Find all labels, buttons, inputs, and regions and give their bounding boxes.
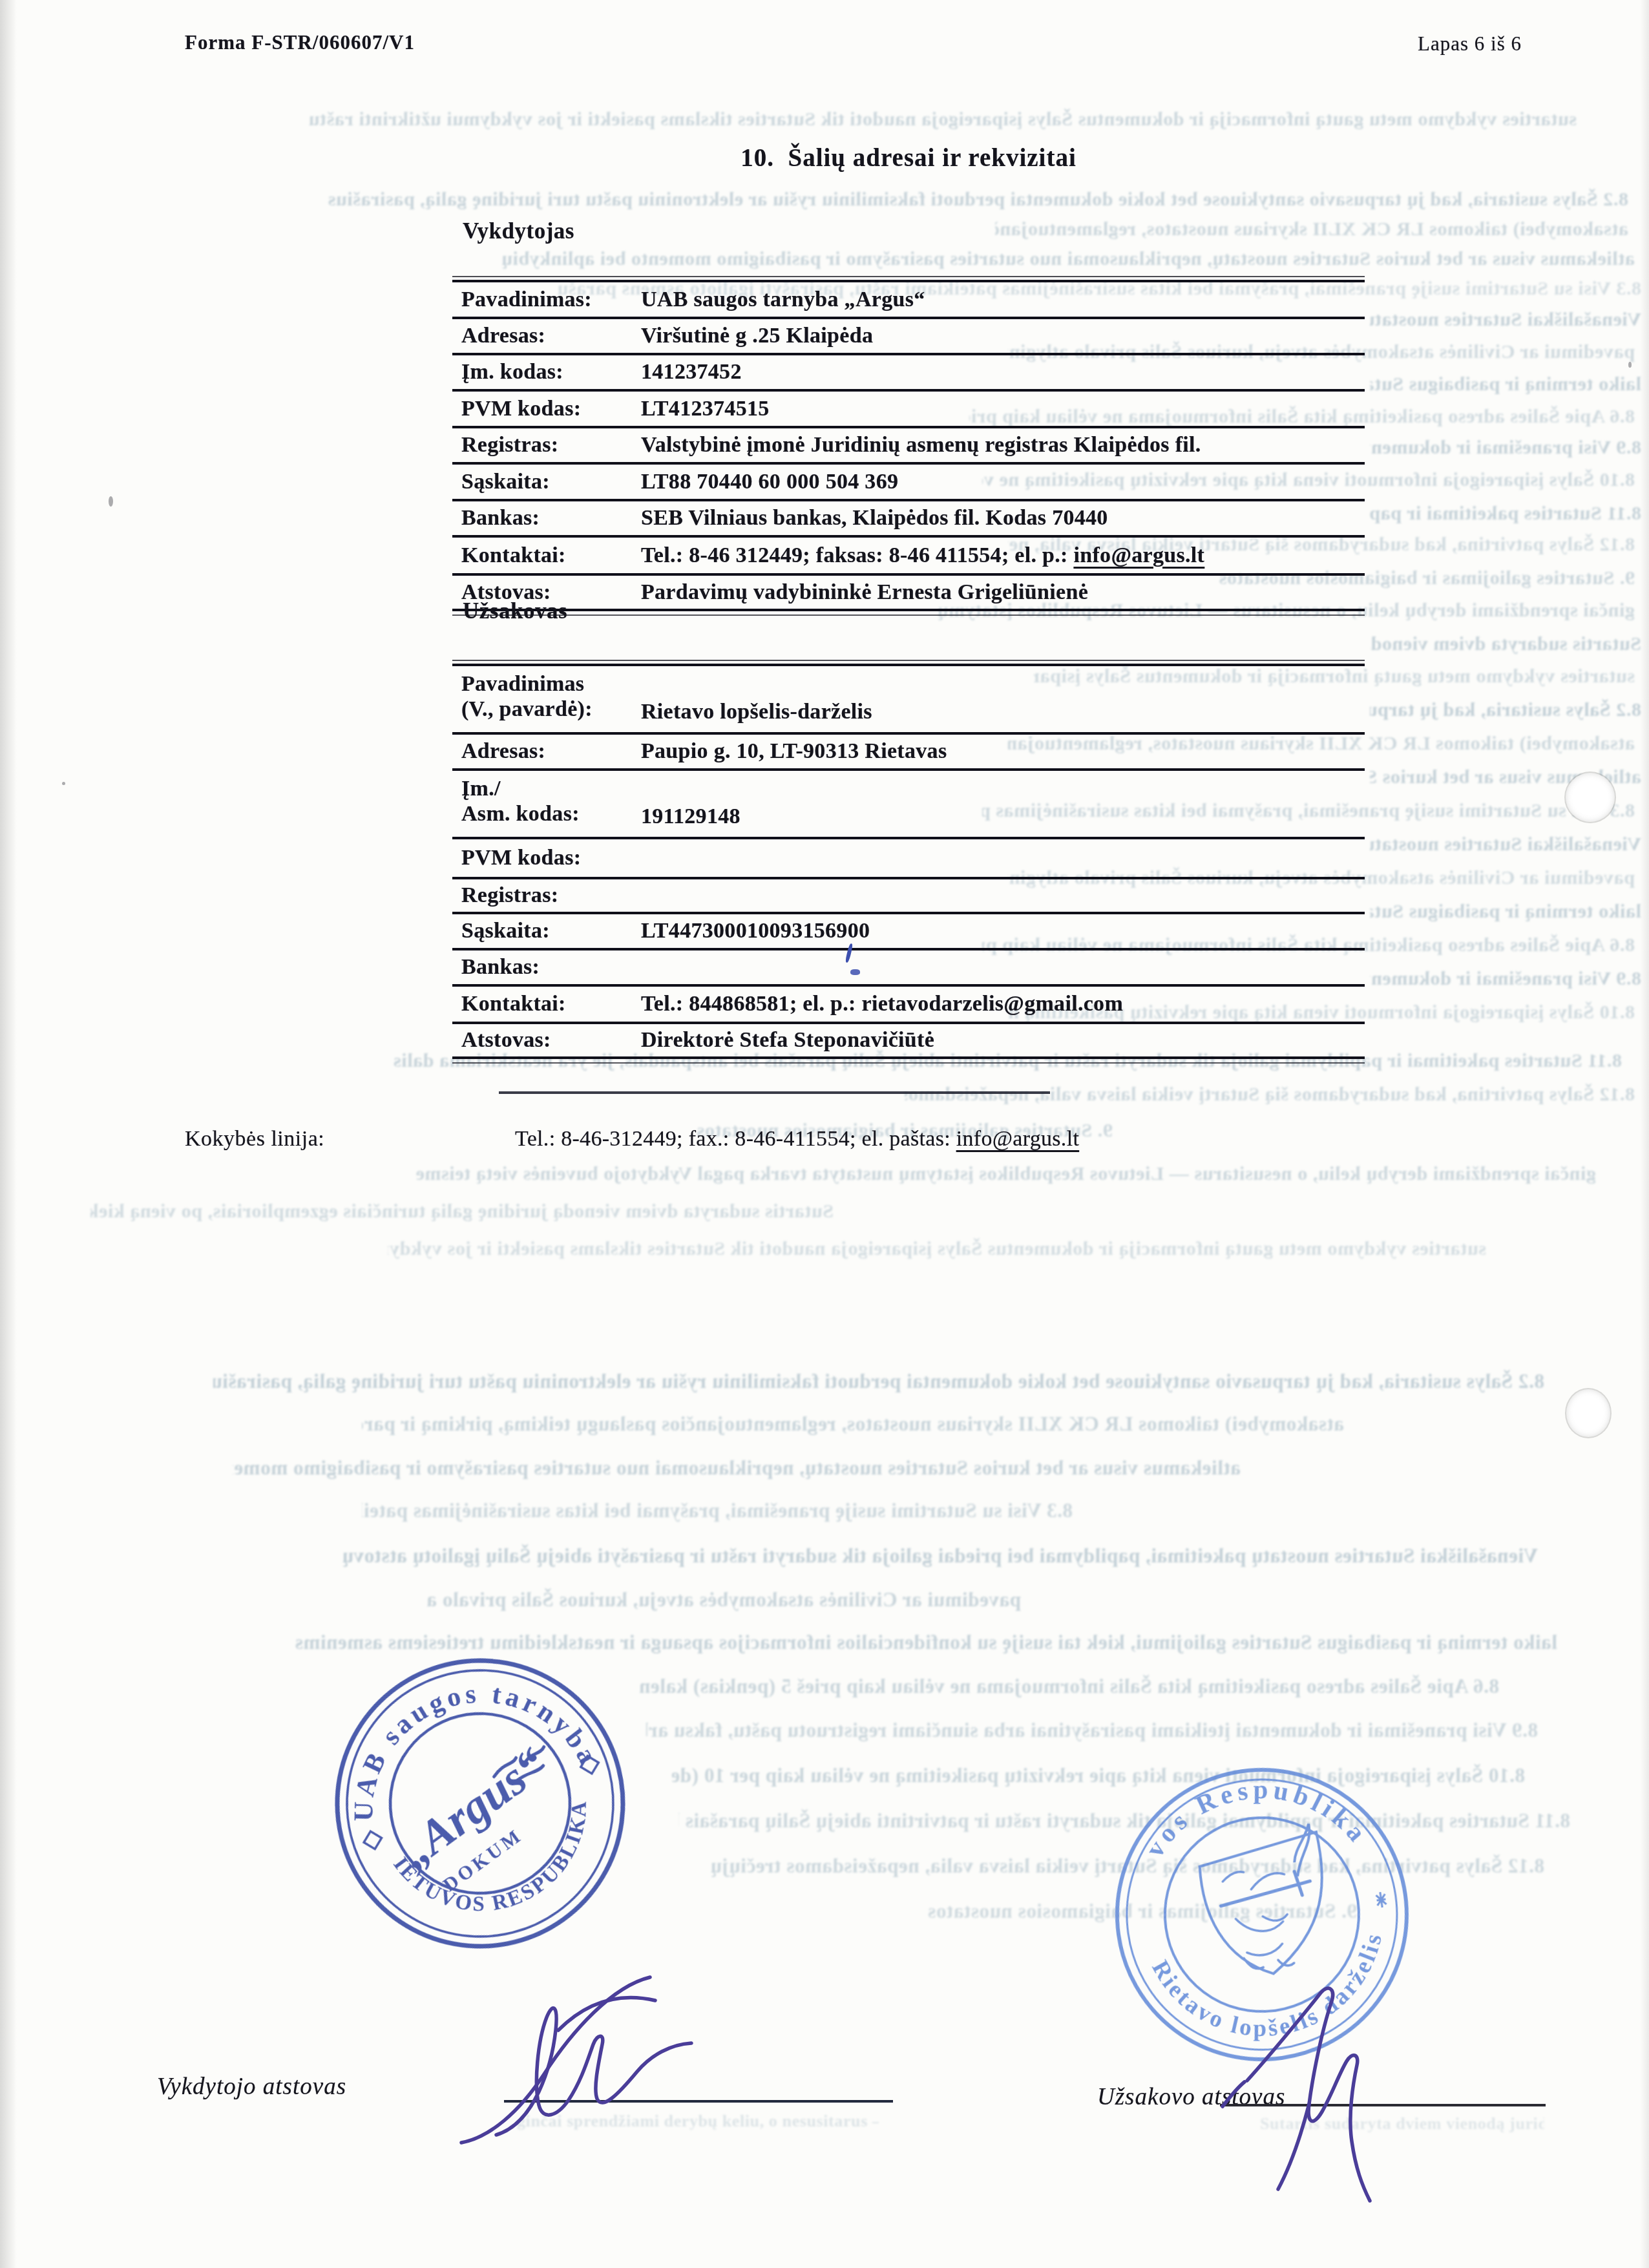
field-label: Adresas:: [452, 323, 641, 348]
bleedthrough-text-line: Vienašališkai Sutarties nuostatų pakeiti…: [129, 1544, 1538, 1568]
field-value: Pardavimų vadybininkė Ernesta Grigeliūni…: [641, 580, 1088, 605]
stamp-mid-ring: [319, 1642, 641, 1964]
table-top-rule: [452, 660, 1365, 661]
stamp-inner-ring: [372, 1695, 589, 1913]
bleedthrough-text-line: laiko terminą ir pasibaigus Sutarties ga…: [1370, 901, 1641, 923]
stamp-scribble: [490, 1747, 550, 1786]
bleedthrough-text-line: 8.12 Šalys patvirtina, kad sudarydamos š…: [704, 1854, 1544, 1878]
bleedthrough-text-line: 8.6 Apie Šalies adreso pasikeitimą kita …: [640, 1675, 1499, 1698]
vytis-sword: [1217, 1869, 1312, 1906]
table-row: Registras:: [452, 879, 1365, 914]
speck: [1628, 362, 1632, 368]
bleedthrough-text-line: ginčai sprendžiami derybų keliu, o nesus…: [90, 1163, 1596, 1185]
punch-hole: [1566, 1389, 1610, 1437]
customer-table: Pavadinimas(V., pavardė):Rietavo lopšeli…: [452, 664, 1365, 1059]
bleedthrough-text-line: Vienašališkai Sutarties nuostatų pakeiti…: [1370, 309, 1641, 331]
table-row: Kontaktai:Tel.: 844868581; el. p.: rieta…: [452, 987, 1365, 1024]
star-ornament: [1376, 1891, 1387, 1908]
email-text: info@argus.lt: [1074, 543, 1205, 567]
field-value: Tel.: 844868581; el. p.: rietavodarzelis…: [641, 992, 1123, 1016]
table-top-rule: [452, 276, 1365, 277]
quality-line-email: info@argus.lt: [956, 1127, 1079, 1151]
bleedthrough-text-line: 8.12 Šalys patvirtina, kad sudarydamos š…: [905, 1084, 1635, 1106]
section-title: 10. Šalių adresai ir rekvizitai: [740, 143, 1077, 173]
field-label: Sąskaita:: [452, 469, 641, 494]
bleedthrough-text-line: atsakomybei) taikomos LR CK XLII skyriau…: [995, 218, 1628, 240]
field-value: Viršutinė g .25 Klaipėda: [641, 324, 873, 348]
vytis-plume: [1289, 1824, 1316, 1876]
table-bottom-rule: [452, 614, 1365, 616]
table-row: Pavadinimas(V., pavardė):Rietavo lopšeli…: [452, 666, 1365, 735]
table-row: Pavadinimas:UAB saugos tarnyba „Argus“: [452, 282, 1365, 319]
bleedthrough-text-line: Sutartis sudaryta dviem vienodą juridinę…: [90, 1201, 834, 1223]
field-label: PVM kodas:: [452, 396, 641, 421]
diamond-ornament: [364, 1831, 381, 1849]
field-label: Bankas:: [452, 954, 641, 980]
quality-line-label: Kokybės linija:: [185, 1127, 324, 1151]
field-label: Pavadinimas(V., pavardė):: [452, 666, 641, 722]
field-value: LT447300010093156900: [641, 919, 870, 943]
stamp-top-text: UAB saugos tarnyba: [322, 1651, 606, 1828]
bleedthrough-text-line: sutarties vykdymo metu gautą informaciją…: [71, 109, 1577, 131]
field-label: Bankas:: [452, 505, 641, 530]
bleedthrough-text-line: 9. Sutarties galiojimas ir baigiamosios …: [743, 1900, 1357, 1923]
table-row: Adresas:Paupio g. 10, LT-90313 Rietavas: [452, 735, 1365, 771]
bleedthrough-text-line: 8.11 Sutarties pakeitimai ir papildymai …: [1370, 503, 1641, 525]
contractor-heading: Vykdytojas: [463, 218, 574, 244]
field-value: LT412374515: [641, 397, 770, 421]
bleedthrough-text-line: atsakomybei) taikomos LR CK XLII skyriau…: [362, 1412, 1344, 1436]
contractor-stamp: UAB saugos tarnyba LIETUVOS RESPUBLIKA „…: [296, 1619, 664, 1988]
table-row: Bankas:SEB Vilniaus bankas, Klaipėdos fi…: [452, 501, 1365, 538]
svg-text:UAB saugos tarnyba: UAB saugos tarnyba: [322, 1651, 606, 1828]
contractor-signature-label: Vykdytojo atstovas: [157, 2073, 346, 2101]
contractor-table: Pavadinimas:UAB saugos tarnyba „Argus“Ad…: [452, 280, 1365, 611]
stamp-center-text: „Argus“: [389, 1738, 556, 1879]
bleedthrough-text-line: laiko terminą ir pasibaigus Sutarties ga…: [90, 1631, 1557, 1654]
field-value: Paupio g. 10, LT-90313 Rietavas: [641, 739, 947, 764]
bleedthrough-text-line: pavedimui ar Civilinės atsakomybės atvej…: [426, 1588, 1021, 1612]
bleedthrough-text-line: atliekamus visus ar bet kurios Sutarties…: [233, 1456, 1241, 1480]
field-label: Įm./Asm. kodas:: [452, 771, 641, 826]
field-value: Rietavo lopšelis-darželis: [641, 700, 872, 724]
bleedthrough-text-line: laiko terminą ir pasibaigus Sutarties ga…: [1370, 373, 1641, 395]
stamp-sub-text: DOKUM: [439, 1824, 527, 1896]
field-label: Įm. kodas:: [452, 359, 641, 384]
field-value: UAB saugos tarnyba „Argus“: [641, 288, 925, 312]
bleedthrough-text-line: 8.10 Šalys įsipareigoja informuoti viena…: [672, 1764, 1525, 1787]
speck: [62, 782, 65, 785]
table-row: PVM kodas:: [452, 839, 1365, 879]
table-row: Sąskaita:LT447300010093156900: [452, 914, 1365, 950]
table-row: Registras:Valstybinė įmonė Juridinių asm…: [452, 428, 1365, 465]
contractor-signature: [399, 1968, 748, 2149]
bleedthrough-text-line: 8.9 Visi pranešimai ir dokumentai įteiki…: [646, 1719, 1538, 1742]
svg-text:vos Respublika: vos Respublika: [1131, 1759, 1377, 1880]
field-value: Tel.: 8-46 312449; faksas: 8-46 411554; …: [641, 543, 1204, 568]
bleedthrough-text-line: sutarties vykdymo metu gautą informaciją…: [388, 1238, 1486, 1260]
table-row: Adresas:Viršutinė g .25 Klaipėda: [452, 319, 1365, 355]
customer-signature: [1210, 1984, 1410, 2203]
field-label: Registras:: [452, 883, 641, 908]
field-label: Pavadinimas:: [452, 287, 641, 312]
form-code: Forma F-STR/060607/V1: [185, 31, 415, 54]
bleedthrough-text-line: Sutartis sudaryta dviem vienodą juridinę…: [1370, 633, 1641, 655]
bleedthrough-text-line: atliekamus visus ar bet kurios Sutarties…: [97, 248, 1635, 270]
stray-rule: [499, 1091, 1050, 1094]
punch-hole: [1566, 773, 1615, 822]
diamond-ornament: [581, 1756, 598, 1773]
bleedthrough-text-line: 8.9 Visi pranešimai ir dokumentai įteiki…: [1370, 968, 1641, 990]
scanned-contract-page: sutarties vykdymo metu gautą informaciją…: [0, 0, 1649, 2268]
bleedthrough-text-line: 8.2 Šalys susitaria, kad jų tarpusavio s…: [213, 1370, 1544, 1393]
field-label: PVM kodas:: [452, 845, 641, 870]
field-label: Kontaktai:: [452, 543, 641, 568]
table-row: Įm./Asm. kodas:191129148: [452, 771, 1365, 839]
table-row: Bankas:: [452, 950, 1365, 987]
field-value: Valstybinė įmonė Juridinių asmenų regist…: [641, 433, 1201, 457]
field-value: LT88 70440 60 000 504 369: [641, 470, 898, 494]
ink-mark: [850, 969, 860, 975]
stamp-bottom-text: LIETUVOS RESPUBLIKA: [296, 1619, 613, 1951]
stamp-top-text: vos Respublika: [1131, 1759, 1377, 1880]
bleedthrough-text-line: 8.3 Visi su Sutartimi susiję pranešimai,…: [362, 1499, 1073, 1522]
field-label: Registras:: [452, 432, 641, 457]
field-label: Atstovas:: [452, 1027, 641, 1053]
speck: [109, 496, 113, 507]
stamp-outer-ring: [307, 1630, 653, 1977]
quality-line-value: Tel.: 8-46-312449; fax.: 8-46-411554; el…: [515, 1127, 1079, 1151]
table-bottom-rule: [452, 1062, 1365, 1064]
table-row: Įm. kodas:141237452: [452, 355, 1365, 392]
bleedthrough-text-line: 8.2 Šalys susitaria, kad jų tarpusavio s…: [97, 189, 1628, 211]
customer-heading: Užsakovas: [463, 598, 567, 624]
table-row: Kontaktai:Tel.: 8-46 312449; faksas: 8-4…: [452, 538, 1365, 576]
field-value: SEB Vilniaus bankas, Klaipėdos fil. Koda…: [641, 506, 1108, 530]
field-value: Direktorė Stefa Steponavičiūtė: [641, 1028, 934, 1053]
field-label: Adresas:: [452, 739, 641, 764]
table-row: PVM kodas:LT412374515: [452, 392, 1365, 428]
bleedthrough-text-line: 8.2 Šalys susitaria, kad jų tarpusavio s…: [1370, 699, 1641, 721]
bleedthrough-text-line: Vienašališkai Sutarties nuostatų pakeiti…: [1370, 834, 1641, 856]
quality-line-phones: Tel.: 8-46-312449; fax.: 8-46-411554; el…: [515, 1127, 956, 1151]
field-label: Kontaktai:: [452, 991, 641, 1016]
vytis-knight-scribble: [1222, 1865, 1297, 1973]
table-row: Atstovas:Pardavimų vadybininkė Ernesta G…: [452, 576, 1365, 611]
table-row: Atstovas:Direktorė Stefa Steponavičiūtė: [452, 1024, 1365, 1059]
vytis-shield: [1197, 1832, 1336, 1982]
bleedthrough-text-line: 8.9 Visi pranešimai ir dokumentai įteiki…: [1370, 437, 1641, 459]
bleedthrough-text-line: 8.11 Sutarties pakeitimai ir papildymai …: [678, 1809, 1570, 1832]
svg-text:LIETUVOS RESPUBLIKA: LIETUVOS RESPUBLIKA: [296, 1619, 613, 1951]
page-number: Lapas 6 iš 6: [1418, 32, 1522, 56]
field-label: Sąskaita:: [452, 918, 641, 943]
table-row: Sąskaita:LT88 70440 60 000 504 369: [452, 465, 1365, 501]
field-value: 191129148: [641, 804, 740, 829]
field-value: 141237452: [641, 360, 742, 384]
